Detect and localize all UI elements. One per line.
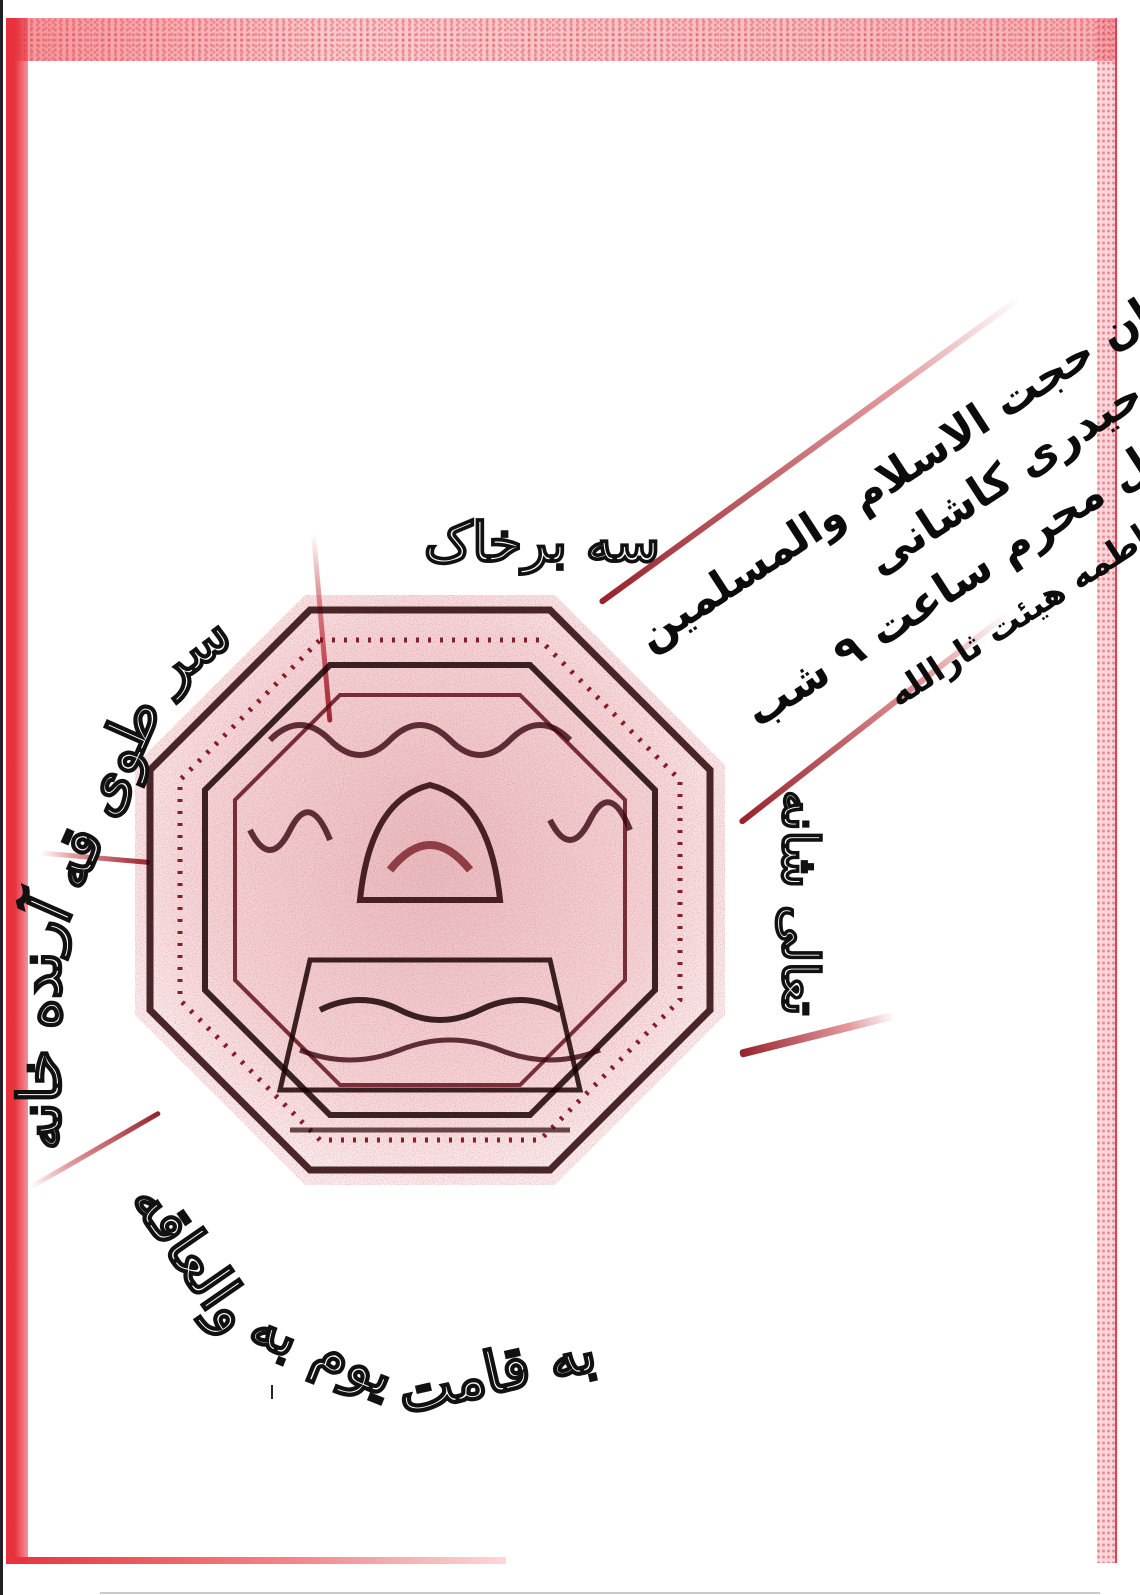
announcement-banner: سخنران حجت الاسلام والمسلمین حاج آقا حید… [695,219,1140,836]
seal-ring-right-text: تعالی شانه [771,790,830,1015]
seal-ring-left-text: سر طوی قه آرنده خانه [4,598,243,1150]
frame-top-border [6,18,1116,61]
seal-ring-bottom-text: به قامت یوم به والعاقه [118,1169,602,1427]
stray-mark [271,1385,273,1399]
seal-ring-inscription: سر طوی قه آرنده خانه به قامت یوم به والع… [0,400,760,1500]
scan-bottom-line [100,1592,1100,1594]
frame-right-border [1097,18,1117,1563]
frame-bottom-border [6,1557,506,1564]
seal-ring-right: تعالی شانه [780,790,840,1150]
